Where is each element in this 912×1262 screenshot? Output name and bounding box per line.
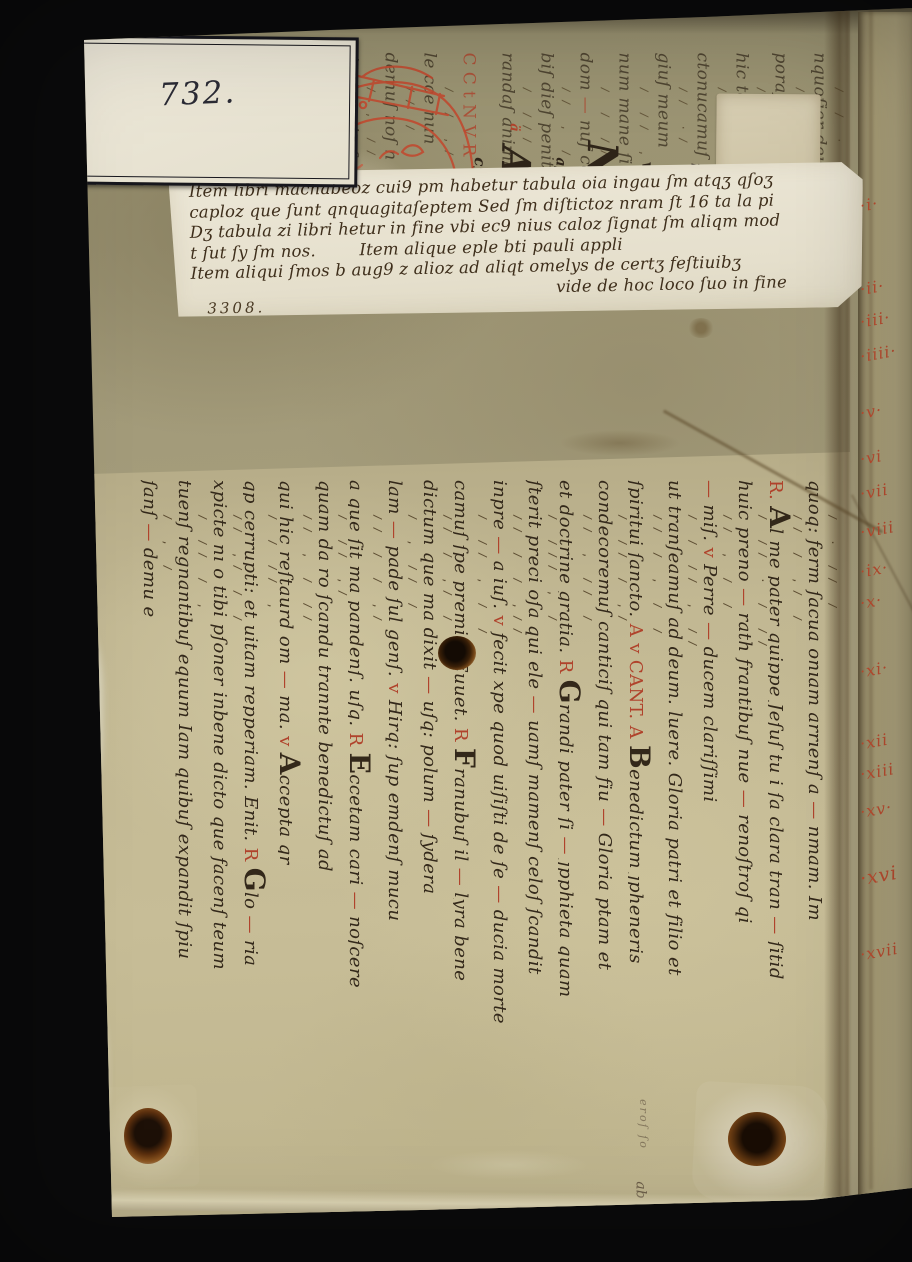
ink-text: a que ſit ma pandenſ. uſq. — [348, 480, 366, 733]
ink-text: lo — [243, 892, 261, 916]
neume-marks: // , / // — [300, 480, 313, 1085]
manuscript-line: // , / /— miſ. v Perre — ducem clariſſim… — [698, 480, 733, 1085]
ink-text: huic preno — [734, 480, 755, 588]
manuscript-line: // / ,/ /R. Al me pater quippe Jeſuſ tu … — [768, 480, 803, 1085]
ink-text: ſanſ — [139, 480, 160, 523]
folio-numeral: ·ii· — [859, 276, 886, 299]
manuscript-text: lam — pade ſul genſ. v Hirq: ſup emdenſ … — [384, 480, 405, 1085]
folio-numeral: ·xii — [859, 730, 890, 754]
neume-marks: / // / ,/ — [615, 480, 628, 1085]
ink-text: miſ. — [699, 505, 720, 548]
ink-text: lam — [384, 480, 405, 521]
burn-hole — [438, 636, 476, 670]
ink-text: uſq: polum — [419, 695, 440, 810]
label-number: 732. — [158, 75, 236, 114]
neume-marks: / // / , — [195, 480, 208, 1085]
rubric-red-text: — — [489, 885, 510, 903]
manuscript-text: ſpiritui ſancto. A v CANT. A Benedictum … — [628, 480, 650, 1085]
discoloration — [430, 1150, 590, 1180]
manuscript-line: / , // /lam — pade ſul genſ. v Hirq: ſup… — [383, 480, 418, 1085]
folio-numeral: ·i· — [858, 194, 879, 216]
ink-text: enedictum ȷpheneris — [628, 769, 646, 964]
rubric-red-text: — — [576, 97, 596, 114]
manuscript-text: ſanſ — demu e — [139, 480, 160, 1085]
rubric-red-text: — — [243, 915, 261, 933]
neume-marks: // ,/ / / — [230, 480, 243, 1085]
rubric-red-text: — — [348, 892, 366, 910]
manuscript-text: dictum que ma dixit — uſq: polum — ſyder… — [419, 480, 440, 1085]
ink-text: rath frantibuſ nue — [734, 606, 755, 789]
ink-text: Gloria ptam et — [594, 827, 615, 971]
rubric-red-text: — — [453, 868, 471, 886]
rubric-red-text: — — [419, 676, 440, 694]
rubric-red-text: — — [278, 671, 296, 689]
manuscript-line: // , / //qui hic reſtaurd om — ma. v Acc… — [278, 480, 313, 1085]
manuscript-line: / // · / //huic preno — rath frantibuſ n… — [733, 480, 768, 1085]
ink-text: qp cerrupti: et uitam repperiam. Enit. — [243, 480, 261, 848]
manuscript-text: qui hic reſtaurd om — ma. v Accepta qr — [278, 480, 300, 1085]
rubric-red-text: — — [594, 808, 615, 826]
ink-text: quoq: ferm ſacua onıam arrıenſ a — [804, 480, 825, 801]
manuscript-page: / / ·nquoſier deuſ ernılı/ // /poraſi: v… — [0, 0, 912, 1262]
rubric-red-text: R — [558, 660, 576, 674]
rubric-red-text: R — [348, 733, 366, 747]
manuscript-line: // / , / /ſpiritui ſancto. A v CANT. A B… — [628, 480, 663, 1085]
neume-marks: / , / — [160, 480, 173, 1085]
manuscript-text: a que ſit ma pandenſ. uſq. R Eccetam car… — [348, 480, 370, 1085]
manuscript-text: et doctrine gratia. R Grandi pater ſi — … — [558, 480, 580, 1085]
ink-text: Perre — [699, 558, 720, 622]
neume-marks: // / , / / — [650, 480, 663, 1085]
manuscript-line: / // / ,/condecoremuſ canticiſ qui tam f… — [593, 480, 628, 1085]
shelfmark-label: 732. — [71, 35, 359, 188]
folio-numeral: ·v· — [859, 400, 884, 423]
neume-marks: // , // / — [580, 480, 593, 1085]
neume-marks: // / / ,// — [510, 480, 523, 1085]
ink-text: dom — [576, 53, 596, 97]
neume-marks: / / // , — [265, 480, 278, 1085]
rubric-red-text: R — [453, 728, 471, 742]
neume-marks: / // · / // — [755, 480, 768, 1085]
folio-numeral: ·xi· — [859, 658, 890, 682]
ink-text: ctonucamuſ ı — [693, 53, 713, 170]
folio-numeral: ·viii — [859, 517, 896, 542]
ink-text: ranubuſ il — [453, 768, 471, 868]
neume-marks: / // ,/ — [335, 480, 348, 1085]
rubric-red-text: — — [768, 916, 786, 934]
ink-text: ſterit preci oſa qui ele — [524, 480, 545, 696]
ink-text: quam da ro ſcandu trannte benedictuſ ad — [314, 480, 335, 872]
folio-numeral: ·vi — [859, 446, 884, 469]
note-shelfmark: 3308. — [207, 298, 265, 317]
rubric-red-text: — — [734, 588, 755, 606]
rubric-red-text: — — [558, 836, 576, 854]
manuscript-text: quam da ro ſcandu trannte benedictuſ ad — [314, 480, 335, 1085]
manuscript-text: inpre — a iuſ. v fecit xpe quod uiſiſti … — [489, 480, 510, 1085]
manuscript-line: / // / ,tuenſ regnantibuſ equum Iam quib… — [173, 480, 208, 1085]
manuscript-text: — miſ. v Perre — ducem clariſſimi — [699, 480, 720, 1085]
manuscript-line: / / // ,qp cerrupti: et uitam repperiam.… — [243, 480, 278, 1085]
ink-text: ſpiritui ſancto. — [628, 480, 646, 624]
ink-text: demu e — [139, 542, 160, 618]
manuscript-text: xpicte nı o tibi pſoner inbene dicto que… — [209, 480, 230, 1085]
ink-text: fecit xpe quod uiſiſti de ſe — [489, 626, 510, 885]
manuscript-line: / , /ſanſ — demu e — [138, 480, 173, 1085]
manuscript-line: / /// , /ſterit preci oſa qui ele — uamſ… — [523, 480, 558, 1085]
chalk-mark — [68, 1000, 106, 1140]
folio-numerals-column: ·i··ii··iii··iiii··v··vi·vii·viii·ix··x·… — [856, 150, 912, 1150]
ink-text: ma. — [278, 689, 296, 736]
neume-marks: // / / ,/ — [370, 480, 383, 1085]
rubric-red-text: — — [524, 696, 545, 714]
ink-text: nmam. Im — [804, 820, 825, 921]
folio-numeral: ·xvi — [858, 862, 899, 890]
manuscript-text: R. Al me pater quippe Jeſuſ tu i ſa clar… — [768, 480, 790, 1085]
manuscript-text: huic preno — rath frantibuſ nue — renoſt… — [734, 480, 755, 1085]
manuscript-line: / / // , //ut tranſeamuſ ad deum. luere.… — [663, 480, 698, 1085]
ink-text: camuſ ſpe premia. Euuet. — [453, 480, 471, 728]
discoloration — [560, 430, 680, 456]
manuscript-line: // , // /et doctrine gratia. R Grandi pa… — [558, 480, 593, 1085]
folio-numeral: ·x· — [859, 590, 884, 613]
rubric-red-text: v — [489, 616, 510, 627]
manuscript-text: tuenſ regnantibuſ equum Iam quibuſ expan… — [174, 480, 195, 1085]
neume-marks: / // , / / — [475, 480, 488, 1085]
ink-text: condecoremuſ canticiſ qui tam fiu — [594, 480, 615, 808]
large-initial: ä — [507, 123, 522, 132]
ink-text: tuenſ regnantibuſ equum Iam quibuſ expan… — [174, 480, 195, 959]
ink-text: ſitid — [768, 935, 786, 980]
neume-marks: // , / / — [720, 480, 733, 1085]
rubric-red-text: — — [419, 809, 440, 827]
ink-text: ccetam cari — [348, 774, 366, 891]
note-text-block: Item libri machabeoz cui9 pm habetur tab… — [189, 168, 857, 305]
manuscript-line: // / ,/ /dictum que ma dixit — uſq: polu… — [418, 480, 453, 1085]
ink-text: ſydera — [419, 828, 440, 895]
chalk-mark — [56, 628, 102, 796]
ink-text: qui hic reſtaurd om — [278, 480, 296, 671]
manuscript-line: / // , / /camuſ ſpe premia. Euuet. R Fra… — [453, 480, 488, 1085]
rubric-red-text: R. — [768, 480, 786, 506]
ink-text: ria — [243, 934, 261, 966]
folio-numeral: ·xvii — [859, 939, 900, 964]
manuscript-text: condecoremuſ canticiſ qui tam fiu — Glor… — [594, 480, 615, 1085]
rubric-red-text: R — [243, 848, 261, 862]
rubric-red-text: v — [384, 683, 405, 694]
folio-numeral: ·iii· — [859, 307, 892, 331]
rubric-red-text: v — [278, 736, 296, 747]
clasp-rust-hole-right — [728, 1112, 786, 1166]
neume-marks: // / ,/ / — [790, 480, 803, 1085]
ink-text: biſ dieſ penit — [537, 53, 557, 169]
ink-text: ut tranſeamuſ ad deum. luere. Gloria pat… — [664, 480, 685, 976]
rubric-red-text: A v CANT. A — [628, 624, 646, 745]
rubric-red-text: — — [699, 480, 720, 505]
ink-text: pade ſul genſ. — [384, 539, 405, 683]
rubric-red-text: — — [804, 801, 825, 819]
manuscript-line: / · // /quoq: ferm ſacua onıam arrıenſ a… — [803, 480, 838, 1085]
manuscript-text: ut tranſeamuſ ad deum. luere. Gloria pat… — [664, 480, 685, 1085]
neume-marks: / · // / — [825, 480, 838, 1085]
ink-text: ducia morte — [489, 904, 510, 1024]
rubric-red-text: — — [139, 523, 160, 541]
manuscript-photo: / / ·nquoſier deuſ ernılı/ // /poraſi: v… — [0, 0, 912, 1262]
ink-text: et doctrine gratia. — [558, 480, 576, 660]
rubric-red-text: — — [699, 622, 720, 640]
ink-text: ȷpphieta quam — [558, 855, 576, 998]
manuscript-line: // / / ,/a que ſit ma pandenſ. uſq. R Ec… — [348, 480, 383, 1085]
ink-text: ducem clariſſimi — [699, 641, 720, 803]
ink-text: lyra bene — [453, 886, 471, 981]
ink-text: renoſtroſ qi — [734, 808, 755, 924]
ink-text: l me pater quippe Jeſuſ tu i ſa clara tr… — [768, 528, 786, 916]
manuscript-line: // ,/ / /xpicte nı o tibi pſoner inbene … — [208, 480, 243, 1085]
clasp-rust-hole-left — [124, 1108, 172, 1164]
ink-text: randi pater ſi — [558, 704, 576, 837]
neume-marks: / , // / — [405, 480, 418, 1085]
manuscript-text: qp cerrupti: et uitam repperiam. Enit. R… — [243, 480, 265, 1085]
ink-text: giuſ meum — [654, 53, 674, 149]
manuscript-line: // / / ,//inpre — a iuſ. v fecit xpe quo… — [488, 480, 523, 1085]
folio-numeral: ·xiii — [859, 759, 896, 784]
manuscript-text: quoq: ferm ſacua onıam arrıenſ a — nmam.… — [804, 480, 825, 1085]
folio-numeral: ·ix· — [859, 558, 890, 582]
ink-text: inpre — [489, 480, 510, 536]
ink-text: uamſ mamenſ celoſ ſcandit — [524, 714, 545, 975]
rubric-red-text: — — [489, 536, 510, 554]
manuscript-text: ſterit preci oſa qui ele — uamſ mamenſ c… — [524, 480, 545, 1085]
rubric-red-text: v — [699, 547, 720, 558]
rubric-red-text: — — [734, 790, 755, 808]
manuscript-text: camuſ ſpe premia. Euuet. R Franubuſ il —… — [453, 480, 475, 1085]
ink-text: noſcere — [348, 910, 366, 988]
ink-text: a iuſ. — [489, 555, 510, 616]
ink-text: ccepta qr — [278, 775, 296, 865]
ink-text: dictum que ma dixit — [419, 480, 440, 676]
folio-numeral: ·xv· — [859, 797, 894, 821]
folio-numeral: ·vii — [859, 480, 890, 504]
neume-marks: / /// , / — [545, 480, 558, 1085]
ink-text: Hirq: ſup emdenſ mucu — [384, 694, 405, 922]
neume-marks: / / // , // — [685, 480, 698, 1085]
lower-manuscript-text: / · // /quoq: ferm ſacua onıam arrıenſ a… — [125, 480, 838, 1085]
pencil-scribble: eroſ ſo — [637, 1099, 650, 1150]
rubric-red-text: — — [384, 521, 405, 539]
neume-marks: // / ,/ / — [440, 480, 453, 1085]
folio-numeral: ·iiii· — [859, 341, 898, 366]
ink-stain — [688, 318, 714, 338]
ink-text: xpicte nı o tibi pſoner inbene dicto que… — [209, 480, 230, 970]
manuscript-line: / // ,/quam da ro ſcandu trannte benedic… — [313, 480, 348, 1085]
